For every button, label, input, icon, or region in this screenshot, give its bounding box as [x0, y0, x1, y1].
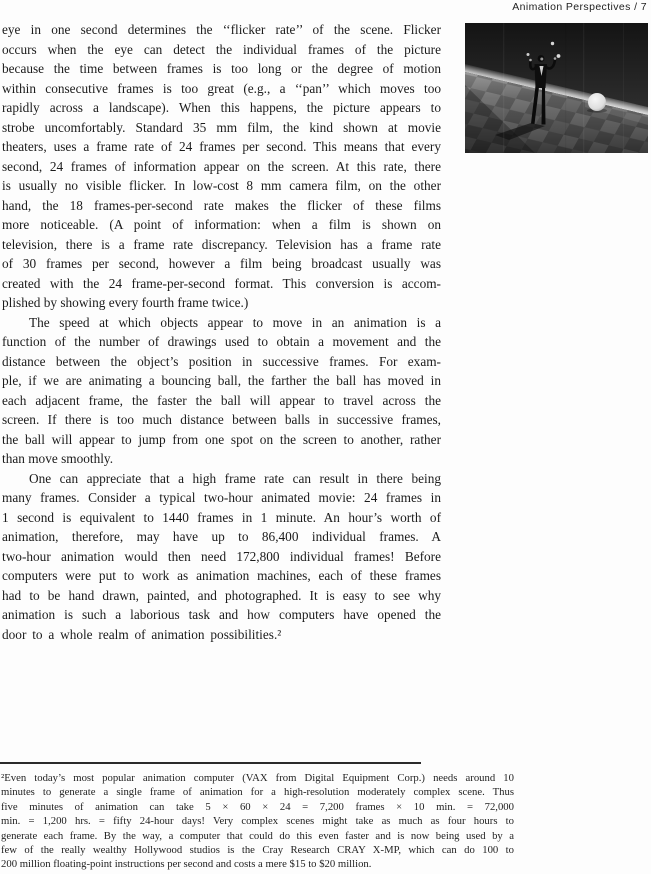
text-line: many frames. Consider a typical two-hour…: [2, 488, 441, 508]
juggling-ball: [551, 42, 554, 45]
text-line: hand, the 18 frames-per-second rate make…: [2, 196, 441, 216]
text-line: computers were put to work as animation …: [2, 566, 441, 586]
text-line: rapidly across a landscape). When this h…: [2, 98, 441, 118]
text-line: more noticeable. (A point of information…: [2, 215, 441, 235]
text-line: animation is such a laborious task and h…: [2, 605, 441, 625]
text-line: ple, if we are animating a bouncing ball…: [2, 371, 441, 391]
scan-streak: [565, 23, 566, 153]
text-line: plished by showing every fourth frame tw…: [2, 293, 441, 313]
scan-streak: [623, 23, 624, 153]
paragraph: eye in one second determines the ‘‘flick…: [2, 20, 441, 313]
text-line: function of the number of drawings used …: [2, 332, 441, 352]
text-line: animation, therefore, may have up to 86,…: [2, 527, 441, 547]
text-line: created with the 24 frame-per-second for…: [2, 274, 441, 294]
juggler-photo: [465, 23, 648, 153]
juggler-photo-art: [465, 23, 648, 153]
sphere: [588, 93, 606, 111]
text-line: is usually no visible flicker. In low-co…: [2, 176, 441, 196]
text-line: of 30 frames per second, however a film …: [2, 254, 441, 274]
paragraph: The speed at which objects appear to mov…: [2, 313, 441, 469]
footnote-rule: [0, 762, 421, 764]
text-line: ²Even today’s most popular animation com…: [1, 771, 514, 785]
text-line: screen. If there is too much distance be…: [2, 410, 441, 430]
text-line: eye in one second determines the ‘‘flick…: [2, 20, 441, 40]
scan-streak: [503, 23, 504, 153]
book-page: Animation Perspectives / 7: [0, 0, 651, 874]
text-line: 1 second is equivalent to 1440 frames in…: [2, 508, 441, 528]
text-line: occurs when the eye can detect the indiv…: [2, 40, 441, 60]
text-line: few of the really wealthy Hollywood stud…: [1, 843, 514, 857]
paragraph: One can appreciate that a high frame rat…: [2, 469, 441, 645]
text-line: The speed at which objects appear to mov…: [2, 313, 441, 333]
text-line: than move smoothly.: [2, 449, 441, 469]
juggling-ball: [557, 54, 561, 58]
text-line: five minutes of animation can take 5 × 6…: [1, 800, 514, 814]
text-line: second, 24 frames of information appear …: [2, 157, 441, 177]
text-line: door to a whole realm of animation possi…: [2, 625, 441, 645]
text-line: generate each frame. By the way, a compu…: [1, 829, 514, 843]
body-text: eye in one second determines the ‘‘flick…: [2, 20, 441, 644]
text-line: had to be hand drawn, painted, and photo…: [2, 586, 441, 606]
text-line: min. = 1,200 hrs. = fifty 24-hour days! …: [1, 814, 514, 828]
scan-streak: [583, 23, 584, 153]
text-line: television, there is a frame rate discre…: [2, 235, 441, 255]
text-line: theaters, uses a frame rate of 24 frames…: [2, 137, 441, 157]
text-line: 200 million floating-point instructions …: [1, 857, 514, 871]
text-line: each adjacent frame, the faster the ball…: [2, 391, 441, 411]
text-line: distance between the object’s position i…: [2, 352, 441, 372]
juggling-ball: [527, 53, 530, 56]
text-line: One can appreciate that a high frame rat…: [2, 469, 441, 489]
text-line: two-hour animation would then need 172,8…: [2, 547, 441, 567]
text-line: because the time between frames is too l…: [2, 59, 441, 79]
footnote-text: ²Even today’s most popular animation com…: [1, 771, 514, 872]
text-line: strobe uncomfortably. Standard 35 mm fil…: [2, 118, 441, 138]
text-line: the ball will appear to jump from one sp…: [2, 430, 441, 450]
text-line: minutes to generate a single frame of an…: [1, 785, 514, 799]
running-head: Animation Perspectives / 7: [512, 1, 647, 13]
text-line: within consecutive frames is too great (…: [2, 79, 441, 99]
